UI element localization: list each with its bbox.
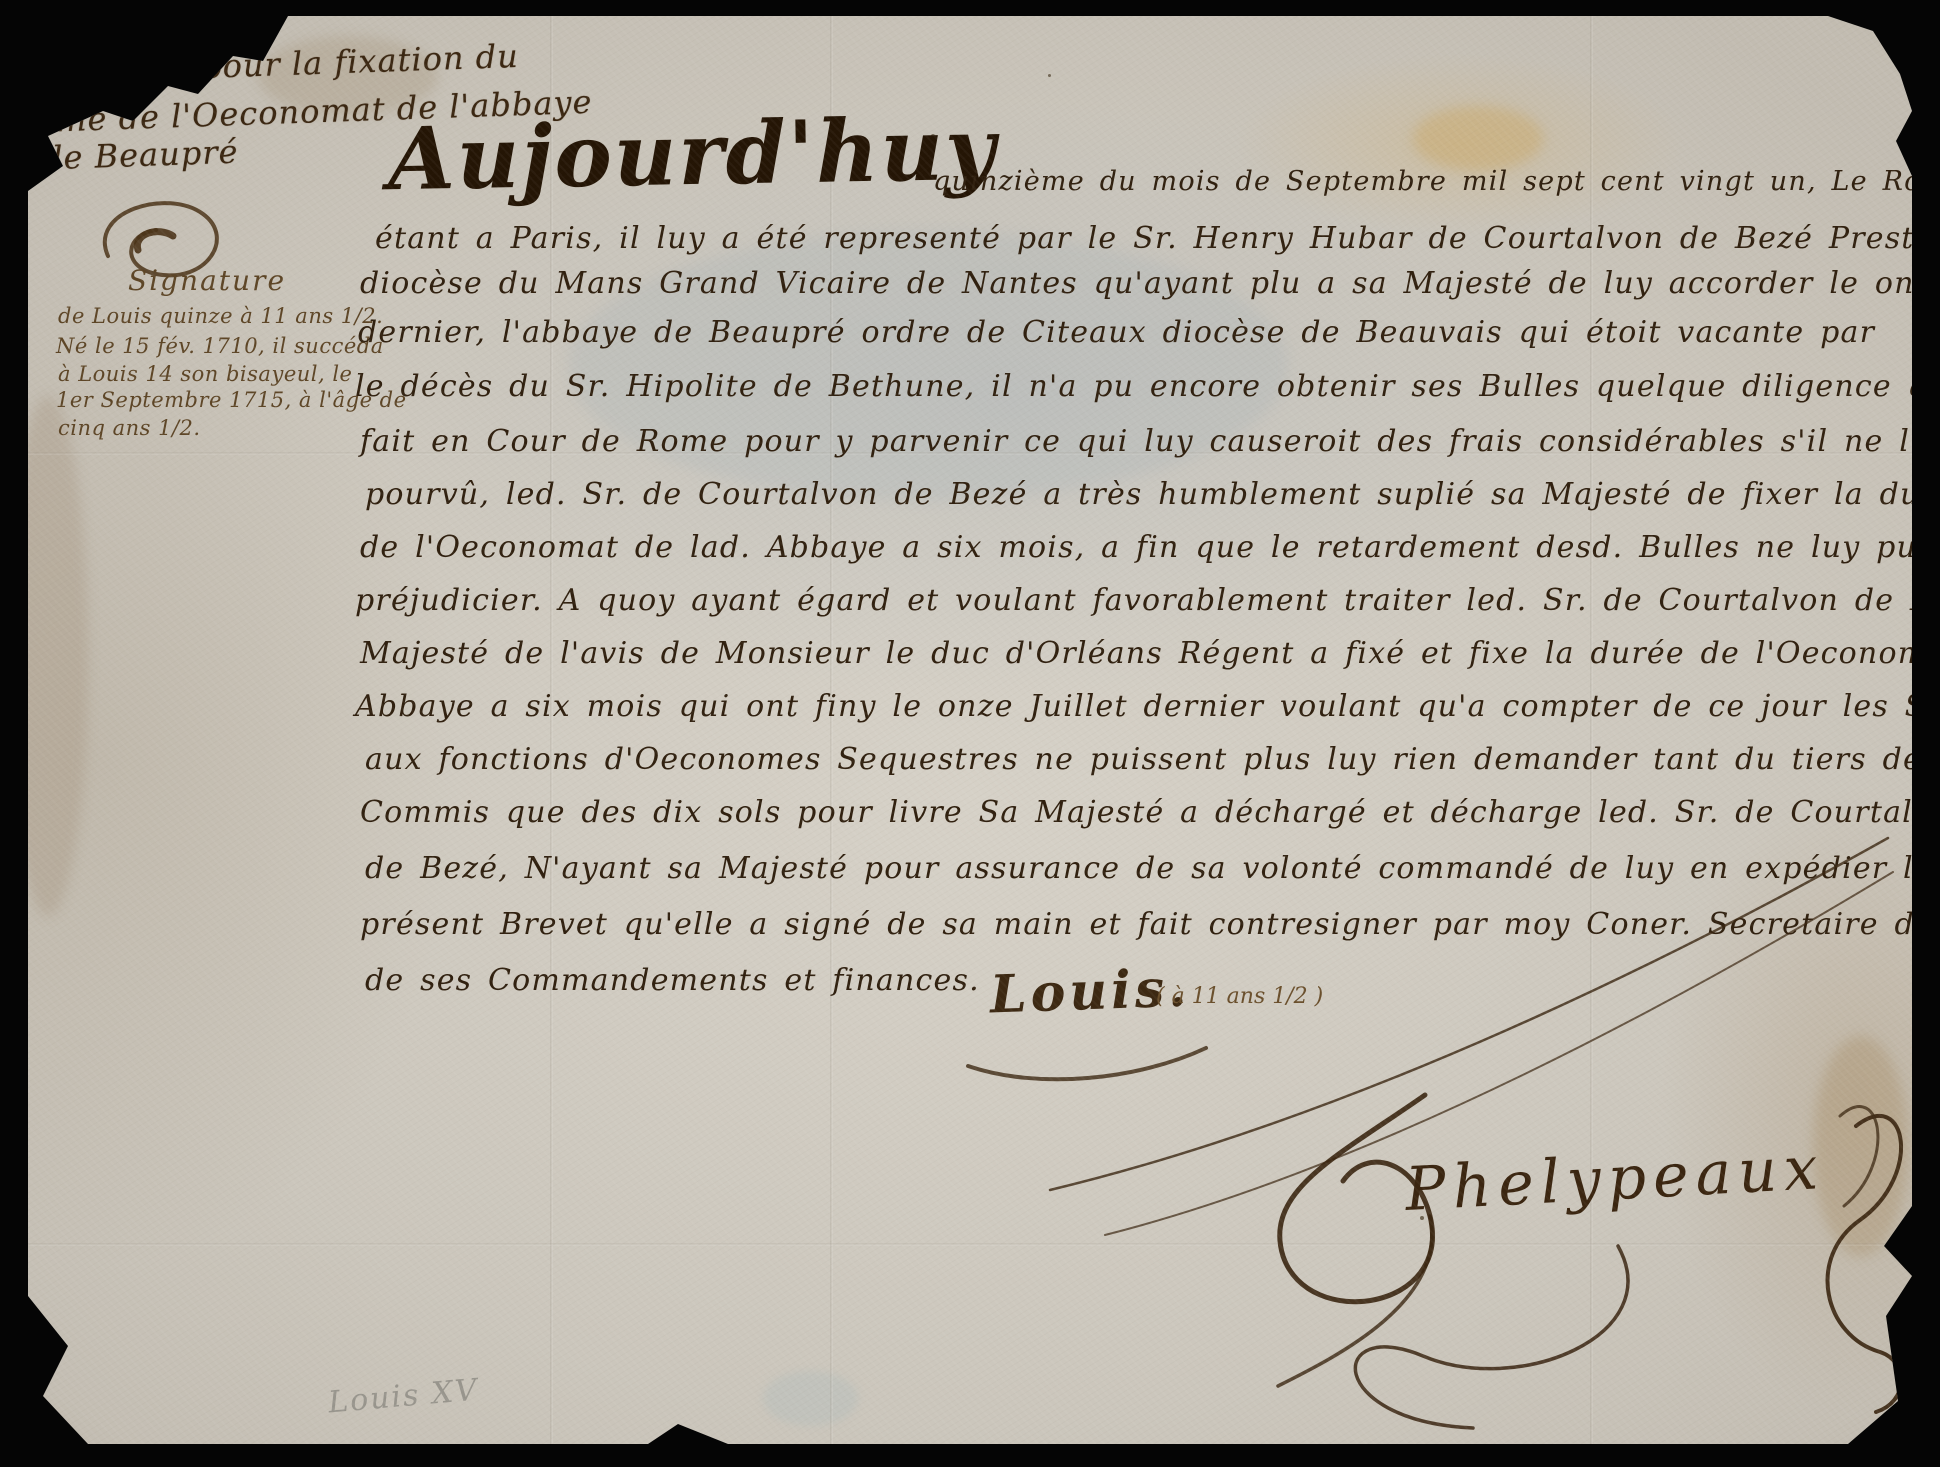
body-line: préjudicier. A quoy ayant égard et voula…: [355, 583, 1940, 618]
speck: [1048, 74, 1051, 77]
body-line: pourvû, led. Sr. de Courtalvon de Bezé a…: [365, 477, 1940, 512]
body-line: de l'Oeconomat de lad. Abbaye a six mois…: [360, 530, 1940, 565]
margin-note-line: cinq ans 1/2.: [58, 416, 201, 440]
margin-note-line: 1er Septembre 1715, à l'âge de: [56, 388, 407, 412]
signature-flourish-icon: [978, 796, 1912, 1436]
body-line: de ses Commandements et finances.: [365, 963, 980, 998]
body-line: aux fonctions d'Oeconomes Sequestres ne …: [365, 742, 1940, 777]
stain: [1413, 106, 1543, 171]
body-line: Abbaye a six mois qui ont finy le onze J…: [355, 689, 1940, 724]
body-line: fait en Cour de Rome pour y parvenir ce …: [360, 424, 1940, 459]
stain: [8, 396, 88, 916]
margin-note-line: de Louis quinze à 11 ans 1/2.: [58, 304, 383, 328]
margin-note-title: Signature: [128, 264, 286, 297]
margin-note-line: à Louis 14 son bisayeul, le: [58, 362, 352, 386]
body-line: le décès du Sr. Hipolite de Bethune, il …: [355, 369, 1940, 404]
stain: [763, 1371, 858, 1426]
opening-word: Aujourd'huy: [387, 99, 998, 211]
docket-line: de Beaupré: [41, 133, 239, 178]
body-line: étant a Paris, il luy a été representé p…: [375, 221, 1940, 256]
body-line: diocèse du Mans Grand Vicaire de Nantes …: [360, 266, 1940, 301]
body-line: Majesté de l'avis de Monsieur le duc d'O…: [360, 636, 1940, 671]
pencil-inscription: Louis XV: [327, 1372, 480, 1420]
docket-line: reux pour la fixation du: [112, 37, 519, 89]
body-line: quinzième du mois de Septembre mil sept …: [933, 166, 1938, 197]
body-line: dernier, l'abbaye de Beaupré ordre de Ci…: [358, 315, 1875, 350]
parchment-sheet: reux pour la fixation du me de l'Oeconom…: [28, 16, 1912, 1444]
margin-note-line: Né le 15 fév. 1710, il succéda: [56, 334, 384, 358]
photo-background: { "colors": { "background": "#050505", "…: [0, 0, 1940, 1467]
